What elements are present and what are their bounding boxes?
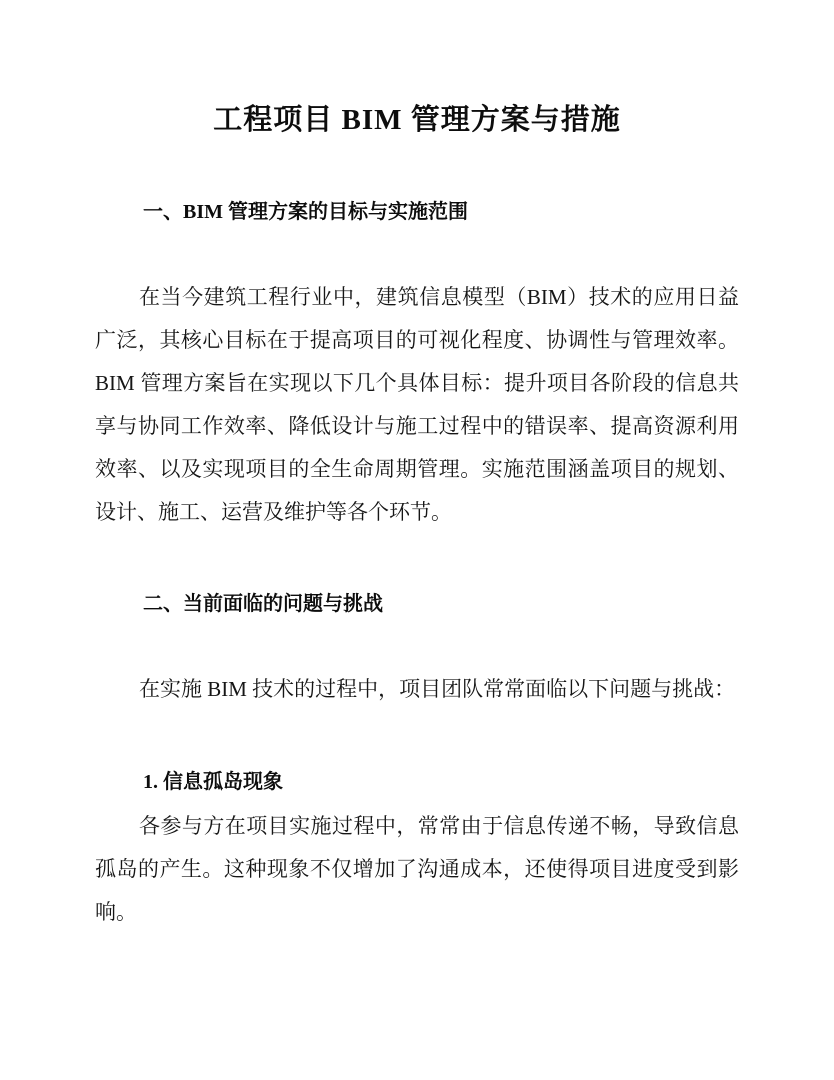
- section-heading-problems-challenges: 二、当前面临的问题与挑战: [95, 590, 739, 618]
- section-heading-goals-scope: 一、BIM 管理方案的目标与实施范围: [95, 198, 739, 226]
- document-title: 工程项目 BIM 管理方案与措施: [95, 0, 739, 142]
- paragraph-goals-scope: 在当今建筑工程行业中，建筑信息模型（BIM）技术的应用日益广泛，其核心目标在于提…: [95, 276, 739, 534]
- subsection-heading-information-silo: 1. 信息孤岛现象: [95, 767, 739, 797]
- paragraph-problems-intro: 在实施 BIM 技术的过程中，项目团队常常面临以下问题与挑战：: [95, 668, 739, 711]
- document-page: 工程项目 BIM 管理方案与措施 一、BIM 管理方案的目标与实施范围 在当今建…: [0, 0, 834, 1080]
- paragraph-information-silo: 各参与方在项目实施过程中，常常由于信息传递不畅，导致信息孤岛的产生。这种现象不仅…: [95, 805, 739, 934]
